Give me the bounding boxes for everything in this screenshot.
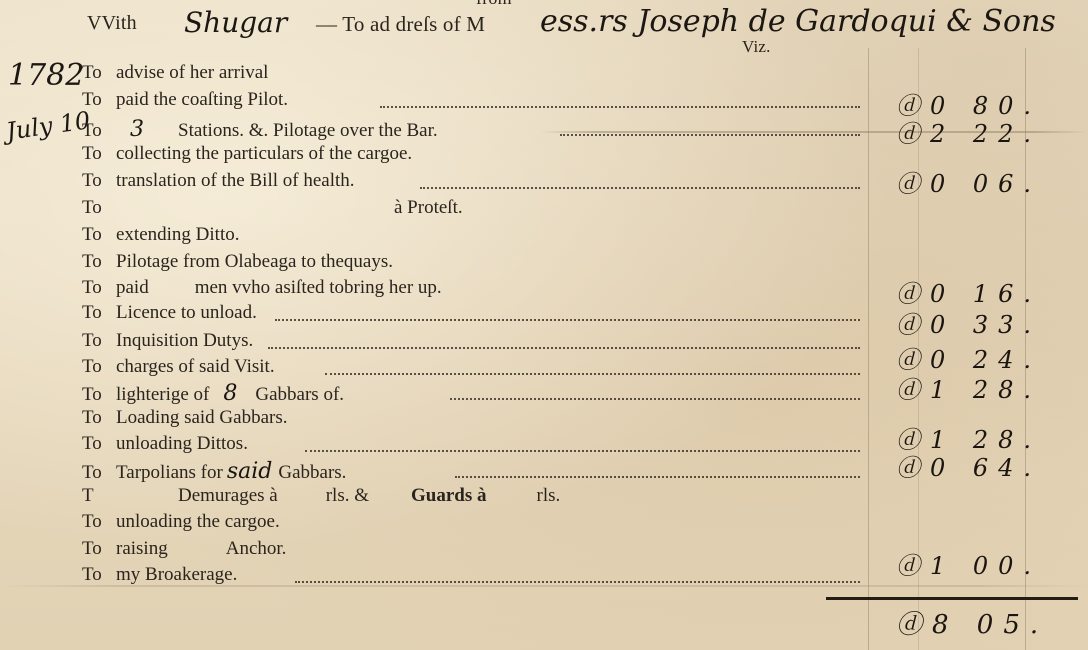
line-item: To paid the coaſting Pilot. — [82, 89, 288, 113]
row-prefix: To — [82, 251, 116, 273]
dotted-leader — [455, 474, 860, 478]
amount-value: ⓓ0 16. — [896, 274, 1036, 309]
line-item: To Pilotage from Olabeaga to thequays. — [82, 251, 393, 275]
row-text: Inquisition Dutys. — [116, 330, 253, 352]
line-item: To à Proteſt. — [82, 197, 463, 221]
row-prefix: To — [82, 511, 116, 533]
margin-year: 1782 — [8, 58, 84, 93]
row-prefix: To — [82, 302, 116, 324]
ledger-page: from ~ VVith Shugar — To ad dreſs of M e… — [0, 0, 1088, 650]
amount-value: ⓓ0 33. — [896, 305, 1036, 340]
row-text: Stations. &. Pilotage over the Bar. — [162, 120, 438, 142]
row-text: Pilotage from Olabeaga to thequays. — [116, 251, 393, 273]
handwritten-quantity: 3 — [116, 117, 162, 142]
row-prefix: To — [82, 433, 116, 455]
handwritten-quantity: 8 — [209, 381, 255, 406]
row-text: Anchor. — [168, 538, 287, 560]
line-item: To advise of her arrival — [82, 62, 268, 86]
line-item: To lighterige of 8 Gabbars of. — [82, 381, 344, 405]
row-text: rls. — [487, 485, 561, 507]
amount-value: ⓓ1 28. — [896, 370, 1036, 405]
handwritten-word: said — [223, 459, 279, 484]
viz-label: Viz. — [742, 37, 771, 57]
line-item: To translation of the Bill of health. — [82, 170, 355, 194]
amount-value: ⓓ2 22. — [896, 114, 1036, 149]
margin-day: July 10 — [4, 106, 92, 145]
row-prefix: To — [82, 89, 116, 111]
line-item: To unloading the cargoe. — [82, 511, 280, 535]
row-prefix: To — [82, 538, 116, 560]
dotted-leader — [305, 448, 860, 452]
row-prefix: T — [82, 485, 116, 507]
row-text: charges of said Visit. — [116, 356, 275, 378]
top-fragment-text: from — [476, 0, 512, 9]
row-text: Guards à — [369, 485, 487, 507]
row-prefix: To — [82, 356, 116, 378]
row-text: advise of her arrival — [116, 62, 268, 84]
dotted-leader — [420, 185, 860, 189]
row-text: unloading Dittos. — [116, 433, 248, 455]
row-text: Loading said Gabbars. — [116, 407, 287, 429]
line-item: To Loading said Gabbars. — [82, 407, 287, 431]
row-text: Gabbars of. — [255, 384, 344, 406]
dotted-leader — [268, 345, 860, 349]
row-text: my Broakerage. — [116, 564, 237, 586]
dotted-leader — [325, 371, 860, 375]
dotted-leader — [295, 579, 860, 583]
dotted-leader — [450, 396, 860, 400]
row-prefix: To — [82, 277, 116, 299]
line-item: To paid men vvho asiſted tobring her up. — [82, 277, 442, 301]
line-item: To extending Ditto. — [82, 224, 239, 248]
row-prefix: To — [82, 407, 116, 429]
row-text: raising — [116, 538, 168, 560]
line-item: To 3 Stations. &. Pilotage over the Bar. — [82, 117, 438, 141]
total-rule — [826, 597, 1078, 600]
row-prefix: To — [82, 330, 116, 352]
row-prefix: To — [82, 197, 116, 219]
row-text: paid the coaſting Pilot. — [116, 89, 288, 111]
row-text: lighterige of — [116, 384, 209, 406]
line-item: To collecting the particulars of the car… — [82, 143, 412, 167]
line-item: To my Broakerage. — [82, 564, 237, 588]
row-text: Gabbars. — [278, 462, 346, 484]
row-prefix: To — [82, 62, 116, 84]
row-text: extending Ditto. — [116, 224, 239, 246]
amount-value: ⓓ0 64. — [896, 448, 1036, 483]
row-prefix: To — [82, 120, 116, 142]
dotted-leader — [380, 104, 860, 108]
addressee-handwritten: ess.rs Joseph de Gardoqui & Sons — [540, 4, 1056, 39]
amount-value: ⓓ0 06. — [896, 164, 1036, 199]
ship-name-handwritten: Shugar — [184, 6, 287, 39]
dotted-leader — [560, 132, 860, 136]
line-item: T Demurages à rls. & Guards à rls. — [82, 485, 560, 509]
row-text: men vvho asiſted tobring her up. — [149, 277, 442, 299]
row-text: rls. & — [278, 485, 369, 507]
line-item: To unloading Dittos. — [82, 433, 248, 457]
address-label: — To ad dreſs of M — [316, 12, 485, 37]
row-text: Demurages à — [116, 485, 278, 507]
dotted-leader — [275, 317, 860, 321]
line-item: To Inquisition Dutys. — [82, 330, 253, 354]
row-prefix: To — [82, 384, 116, 406]
row-text: paid — [116, 277, 149, 299]
column-rule-left — [868, 48, 869, 650]
line-item: To raising Anchor. — [82, 538, 286, 562]
row-text: unloading the cargoe. — [116, 511, 280, 533]
row-text: à Proteſt. — [116, 197, 463, 219]
row-prefix: To — [82, 143, 116, 165]
with-label: VVith — [87, 12, 137, 35]
row-text: translation of the Bill of health. — [116, 170, 355, 192]
row-prefix: To — [82, 564, 116, 586]
row-prefix: To — [82, 462, 116, 484]
row-text: Tarpolians for — [116, 462, 223, 484]
line-item: To Tarpolians for said Gabbars. — [82, 459, 346, 483]
row-prefix: To — [82, 170, 116, 192]
row-text: Licence to unload. — [116, 302, 257, 324]
line-item: To Licence to unload. — [82, 302, 257, 326]
amount-value: ⓓ1 00. — [896, 546, 1036, 581]
row-text: collecting the particulars of the cargoe… — [116, 143, 412, 165]
line-item: To charges of said Visit. — [82, 356, 275, 380]
row-prefix: To — [82, 224, 116, 246]
total-amount: ⓓ8 05. — [896, 604, 1036, 641]
